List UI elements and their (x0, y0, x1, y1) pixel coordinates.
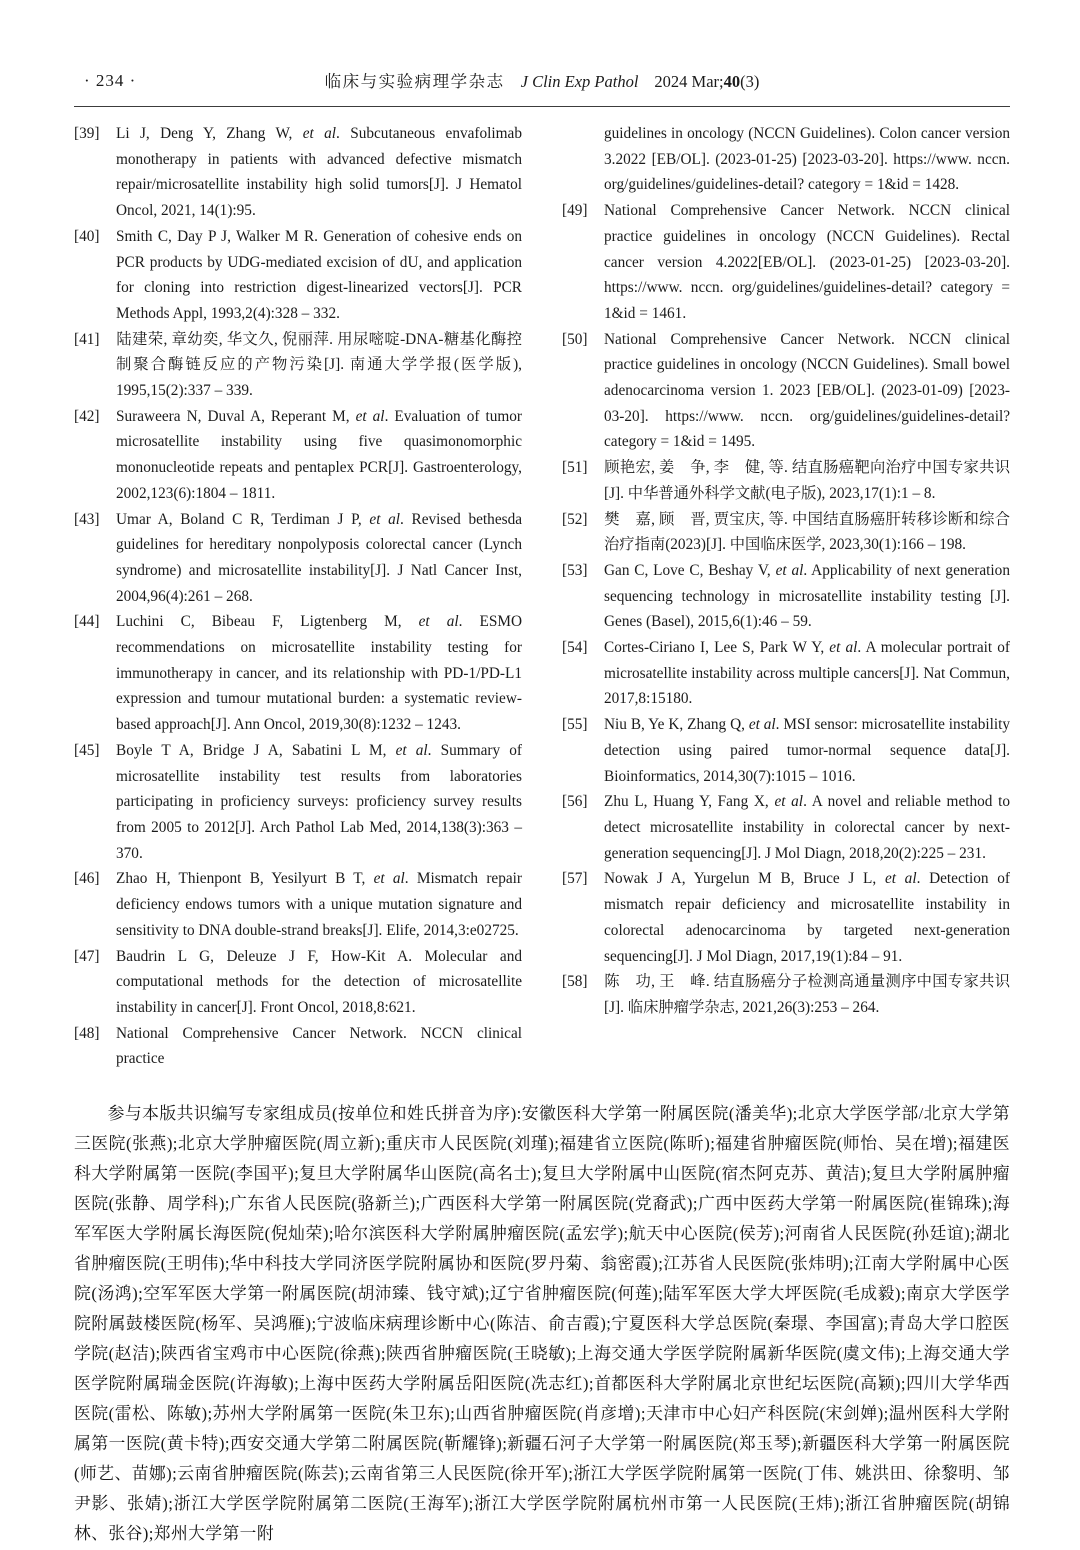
reference-number: [50] (562, 327, 604, 353)
issue-number: (3) (740, 72, 759, 91)
reference-item: [57]Nowak J A, Yurgelun M B, Bruce J L, … (562, 866, 1010, 969)
reference-number: [42] (74, 404, 116, 430)
page-number: · 234 · (84, 71, 136, 91)
reference-item: [44]Luchini C, Bibeau F, Ligtenberg M, e… (74, 609, 522, 738)
reference-number: [48] (74, 1021, 116, 1047)
journal-title-en: J Clin Exp Pathol (521, 72, 639, 91)
reference-text: Smith C, Day P J, Walker M R. Generation… (116, 228, 522, 322)
volume-number: 40 (724, 72, 741, 91)
running-head: 临床与实验病理学杂志J Clin Exp Pathol2024 Mar;40(3… (74, 68, 1010, 92)
reference-text: Baudrin L G, Deleuze J F, How-Kit A. Mol… (116, 948, 522, 1016)
reference-number: [43] (74, 507, 116, 533)
header-rule (74, 106, 1010, 107)
reference-text: Zhao H, Thienpont B, Yesilyurt B T, et a… (116, 870, 522, 938)
reference-item: [45]Boyle T A, Bridge J A, Sabatini L M,… (74, 738, 522, 867)
reference-number: [53] (562, 558, 604, 584)
reference-text: 顾艳宏, 姜 争, 李 健, 等. 结直肠癌靶向治疗中国专家共识[J]. 中华普… (604, 459, 1010, 502)
reference-item: [53]Gan C, Love C, Beshay V, et al. Appl… (562, 558, 1010, 635)
reference-number: [52] (562, 507, 604, 533)
reference-number: [40] (74, 224, 116, 250)
reference-text: National Comprehensive Cancer Network. N… (604, 202, 1010, 322)
reference-text: National Comprehensive Cancer Network. N… (116, 1025, 522, 1068)
reference-number: [44] (74, 609, 116, 635)
reference-item-continuation: guidelines in oncology (NCCN Guidelines)… (562, 121, 1010, 198)
reference-number: [46] (74, 866, 116, 892)
references-section: [39]Li J, Deng Y, Zhang W, et al. Subcut… (74, 121, 1010, 1072)
reference-item: [52]樊 嘉, 顾 晋, 贾宝庆, 等. 中国结直肠癌肝转移诊断和综合治疗指南… (562, 507, 1010, 558)
reference-number: [45] (74, 738, 116, 764)
references-column-left: [39]Li J, Deng Y, Zhang W, et al. Subcut… (74, 121, 522, 1072)
reference-number: [51] (562, 455, 604, 481)
reference-text: Boyle T A, Bridge J A, Sabatini L M, et … (116, 742, 522, 862)
reference-number: [47] (74, 944, 116, 970)
reference-item: [55]Niu B, Ye K, Zhang Q, et al. MSI sen… (562, 712, 1010, 789)
reference-item: [50]National Comprehensive Cancer Networ… (562, 327, 1010, 456)
reference-text: Zhu L, Huang Y, Fang X, et al. A novel a… (604, 793, 1010, 861)
reference-text: Niu B, Ye K, Zhang Q, et al. MSI sensor:… (604, 716, 1010, 784)
reference-item: [46]Zhao H, Thienpont B, Yesilyurt B T, … (74, 866, 522, 943)
reference-text: Nowak J A, Yurgelun M B, Bruce J L, et a… (604, 870, 1010, 964)
reference-text: 陈 功, 王 峰. 结直肠癌分子检测高通量测序中国专家共识[J]. 临床肿瘤学杂… (604, 973, 1010, 1016)
reference-text: guidelines in oncology (NCCN Guidelines)… (604, 125, 1010, 193)
reference-item: [54]Cortes-Ciriano I, Lee S, Park W Y, e… (562, 635, 1010, 712)
reference-text: Li J, Deng Y, Zhang W, et al. Subcutaneo… (116, 125, 522, 219)
reference-text: Cortes-Ciriano I, Lee S, Park W Y, et al… (604, 639, 1010, 707)
issue-date: 2024 Mar; (654, 72, 723, 91)
journal-page: · 234 · 临床与实验病理学杂志J Clin Exp Pathol2024 … (0, 0, 1080, 1550)
reference-item: [42]Suraweera N, Duval A, Reperant M, et… (74, 404, 522, 507)
reference-number: [58] (562, 969, 604, 995)
reference-item: [43]Umar A, Boland C R, Terdiman J P, et… (74, 507, 522, 610)
reference-number: [55] (562, 712, 604, 738)
reference-number: [56] (562, 789, 604, 815)
reference-number: [39] (74, 121, 116, 147)
reference-text: 陆建荣, 章幼奕, 华文久, 倪丽萍. 用尿嘧啶-DNA-糖基化酶控制聚合酶链反… (116, 331, 522, 399)
reference-text: 樊 嘉, 顾 晋, 贾宝庆, 等. 中国结直肠癌肝转移诊断和综合治疗指南(202… (604, 511, 1010, 554)
reference-item: [51]顾艳宏, 姜 争, 李 健, 等. 结直肠癌靶向治疗中国专家共识[J].… (562, 455, 1010, 506)
reference-item: [39]Li J, Deng Y, Zhang W, et al. Subcut… (74, 121, 522, 224)
reference-text: Gan C, Love C, Beshay V, et al. Applicab… (604, 562, 1010, 630)
reference-text: Luchini C, Bibeau F, Ligtenberg M, et al… (116, 613, 522, 733)
reference-item: [56]Zhu L, Huang Y, Fang X, et al. A nov… (562, 789, 1010, 866)
reference-text: National Comprehensive Cancer Network. N… (604, 331, 1010, 451)
reference-item: [48]National Comprehensive Cancer Networ… (74, 1021, 522, 1072)
reference-number: [49] (562, 198, 604, 224)
reference-text: Umar A, Boland C R, Terdiman J P, et al.… (116, 511, 522, 605)
reference-item: [40]Smith C, Day P J, Walker M R. Genera… (74, 224, 522, 327)
reference-number: [57] (562, 866, 604, 892)
reference-text: Suraweera N, Duval A, Reperant M, et al.… (116, 408, 522, 502)
references-column-right: guidelines in oncology (NCCN Guidelines)… (562, 121, 1010, 1072)
reference-number: [41] (74, 327, 116, 353)
reference-item: [49]National Comprehensive Cancer Networ… (562, 198, 1010, 327)
journal-title-cn: 临床与实验病理学杂志 (325, 72, 505, 91)
expert-panel-paragraph: 参与本版共识编写专家组成员(按单位和姓氏拼音为序):安徽医科大学第一附属医院(潘… (74, 1099, 1010, 1549)
reference-item: [58]陈 功, 王 峰. 结直肠癌分子检测高通量测序中国专家共识[J]. 临床… (562, 969, 1010, 1020)
reference-number: [54] (562, 635, 604, 661)
page-header: · 234 · 临床与实验病理学杂志J Clin Exp Pathol2024 … (74, 68, 1010, 98)
reference-item: [47]Baudrin L G, Deleuze J F, How-Kit A.… (74, 944, 522, 1021)
reference-item: [41]陆建荣, 章幼奕, 华文久, 倪丽萍. 用尿嘧啶-DNA-糖基化酶控制聚… (74, 327, 522, 404)
